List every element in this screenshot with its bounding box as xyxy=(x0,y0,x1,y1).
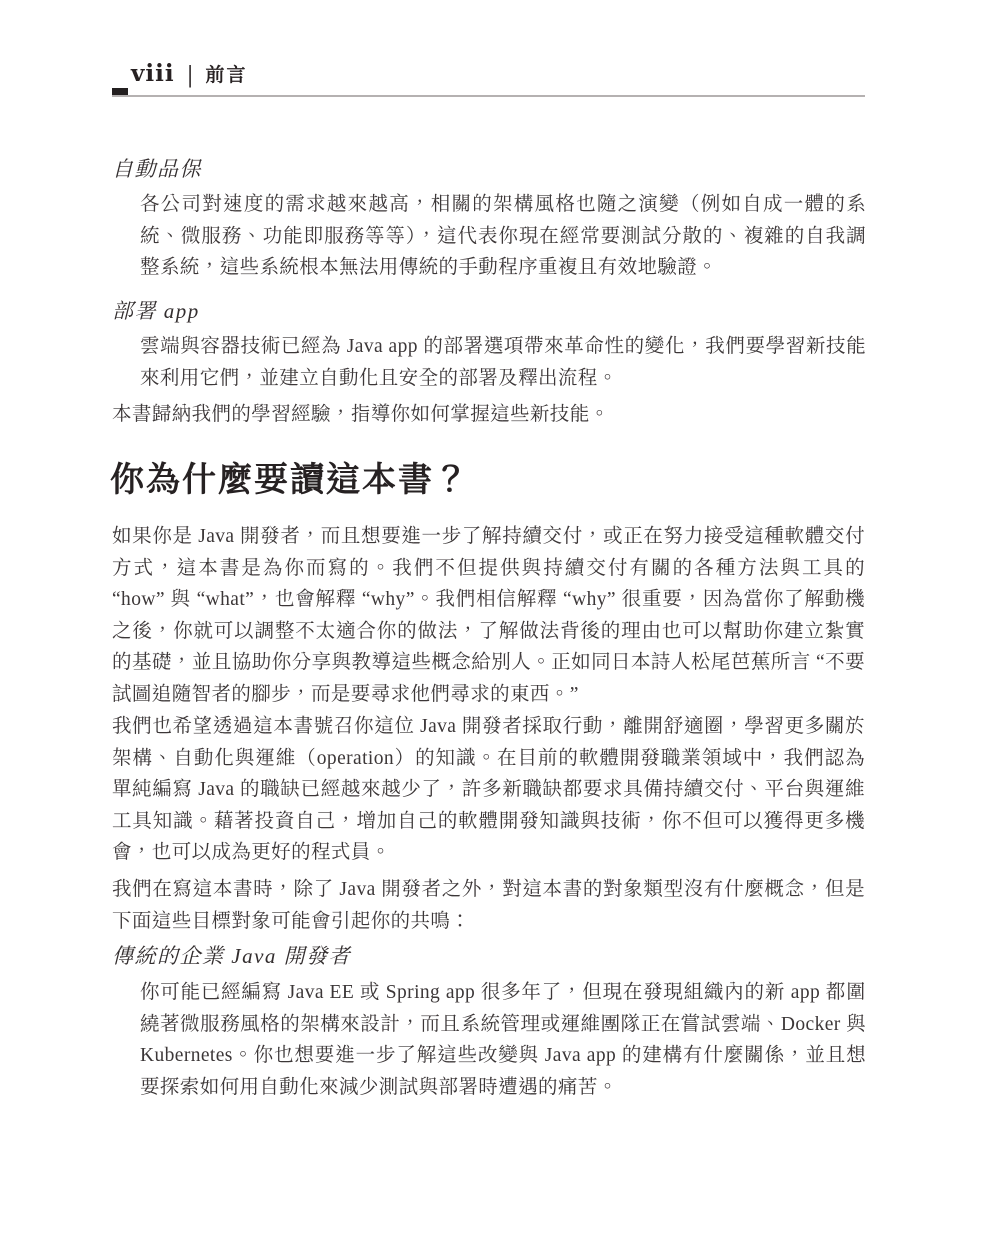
chapter-title: 前言 xyxy=(206,60,248,87)
term-definition-deploying-apps: 雲端與容器技術已經為 Java app 的部署選項帶來革命性的變化，我們要學習新… xyxy=(140,331,866,394)
term-title-deploying-apps: 部署 app xyxy=(112,295,200,325)
term-definition-automated-qa: 各公司對速度的需求越來越高，相關的架構風格也隨之演變（例如自成一體的系統、微服務… xyxy=(140,189,866,284)
why-paragraph-3: 我們在寫這本書時，除了 Java 開發者之外，對這本書的對象類型沒有什麼概念，但… xyxy=(112,874,865,937)
why-paragraph-1: 如果你是 Java 開發者，而且想要進一步了解持續交付，或正在努力接受這種軟體交… xyxy=(112,521,865,711)
page-number: viii xyxy=(131,60,175,87)
why-paragraph-2: 我們也希望透過這本書號召你這位 Java 開發者採取行動，離開舒適圈，學習更多關… xyxy=(112,711,865,869)
term-title-automated-qa: 自動品保 xyxy=(112,153,202,183)
section-heading-why-read: 你為什麼要讀這本書？ xyxy=(110,459,470,501)
book-page: viii | 前言 自動品保 各公司對速度的需求越來越高，相關的架構風格也隨之演… xyxy=(0,0,1000,1243)
header-rule xyxy=(112,95,865,97)
term-definition-traditional-java-developer: 你可能已經編寫 Java EE 或 Spring app 很多年了，但現在發現組… xyxy=(140,977,866,1103)
term-title-traditional-java-developer: 傳統的企業 Java 開發者 xyxy=(112,940,351,970)
header-separator: | xyxy=(188,62,193,90)
running-header: viii | 前言 xyxy=(131,60,248,87)
closing-line: 本書歸納我們的學習經驗，指導你如何掌握這些新技能。 xyxy=(112,399,865,431)
